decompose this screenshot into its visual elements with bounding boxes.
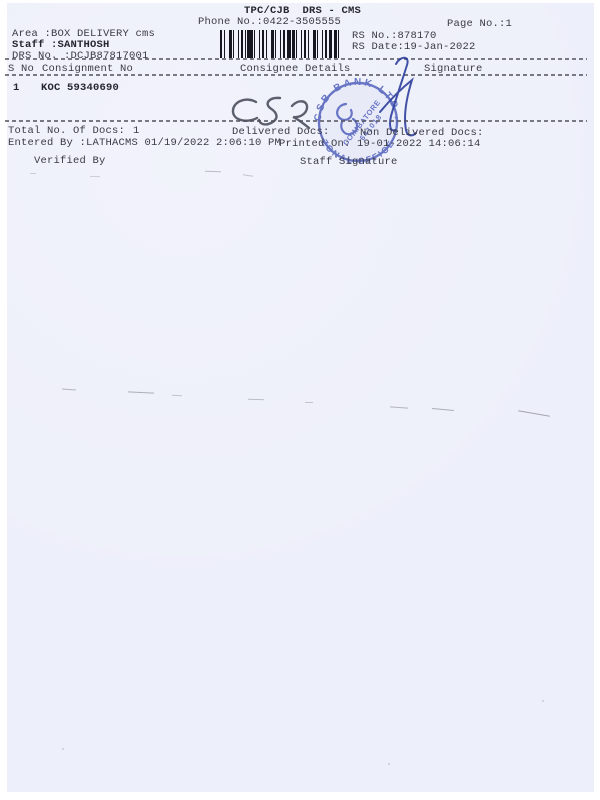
staff-signature-label: Staff Signature xyxy=(300,157,398,168)
scan-speck xyxy=(62,748,64,750)
scan-artifact xyxy=(30,173,36,174)
row-s-no: 1 xyxy=(13,83,20,94)
drs-number-field: DRS No. :DCJB87817001 xyxy=(12,51,149,62)
entered-by: Entered By :LATHACMS 01/19/2022 2:06:10 … xyxy=(8,138,281,149)
page-number: Page No.:1 xyxy=(447,19,512,30)
scan-speck xyxy=(388,763,390,765)
verified-by-label: Verified By xyxy=(34,156,106,167)
scan-artifact xyxy=(305,402,313,403)
printed-on: Printed On: 19-01-2022 14:06:14 xyxy=(279,139,481,150)
row-consignment-no: KOC 59340690 xyxy=(41,83,119,94)
separator-line xyxy=(5,120,587,122)
scan-speck xyxy=(542,700,544,702)
total-docs-label: Total No. Of Docs: xyxy=(8,126,125,137)
drs-barcode xyxy=(220,30,339,58)
scanned-delivery-run-sheet: TPC/CJB DRS - CMS Phone No.:0422-3505555… xyxy=(0,0,600,800)
total-docs-value: 1 xyxy=(133,126,140,137)
phone-number: Phone No.:0422-3505555 xyxy=(198,17,341,28)
